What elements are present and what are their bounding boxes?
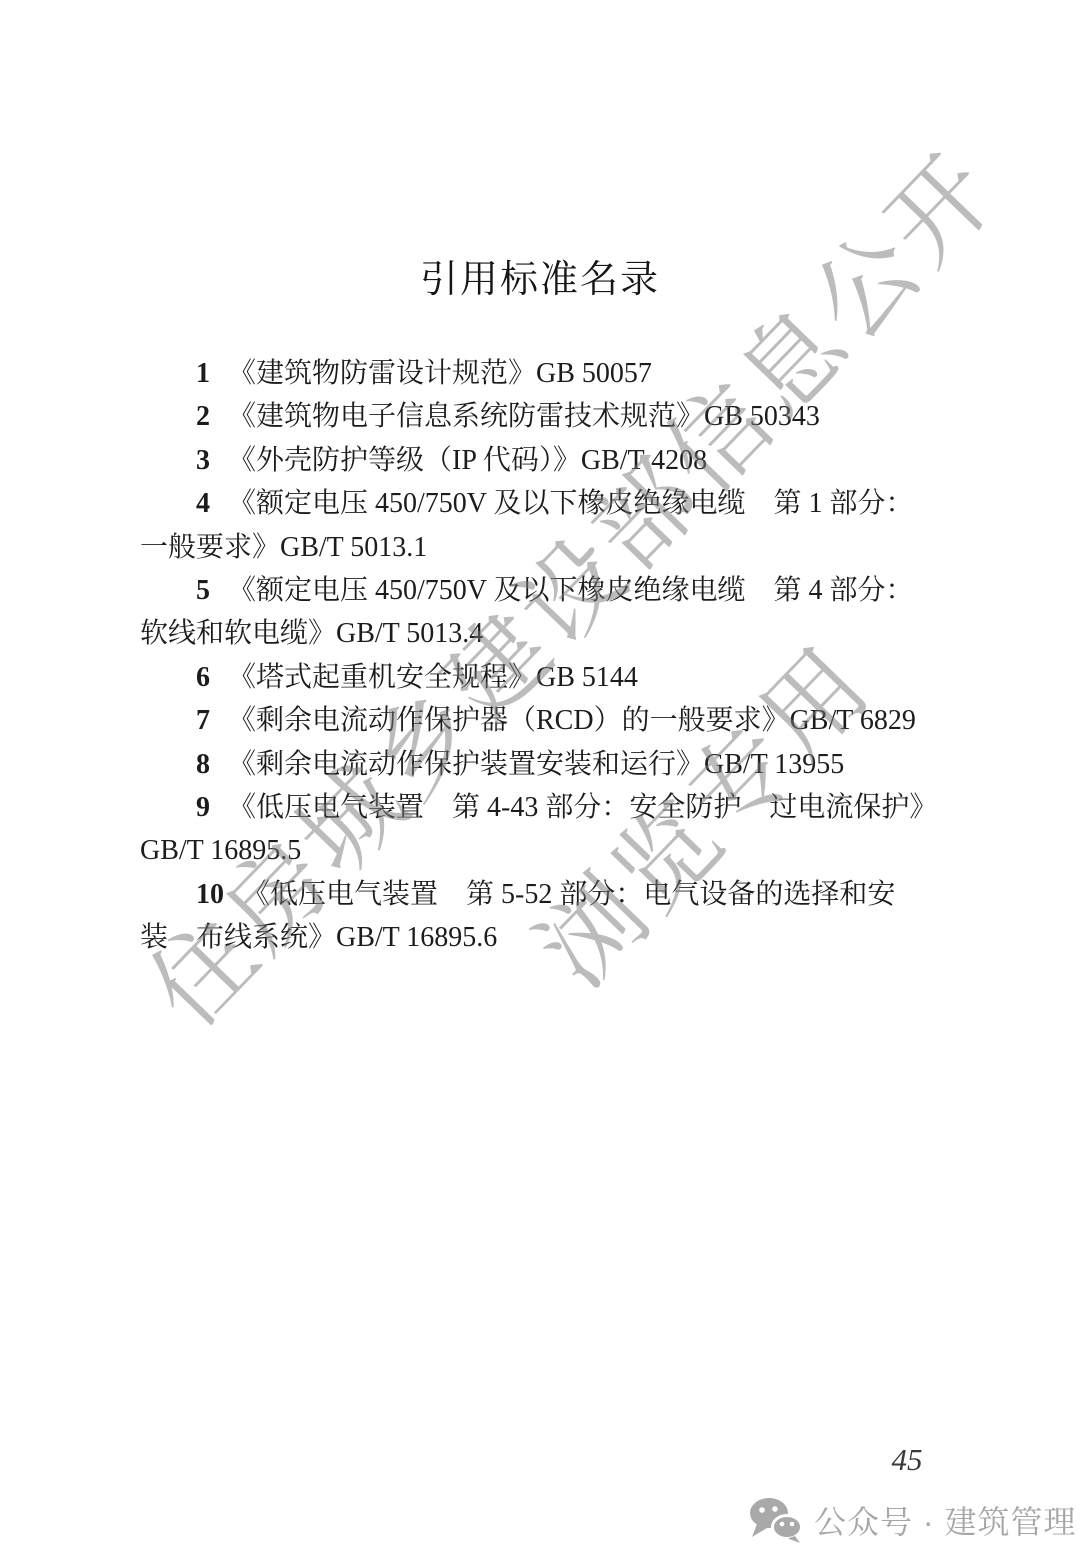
list-item: 4《额定电压 450/750V 及以下橡皮绝缘电缆 第 1 部分：: [140, 482, 950, 525]
item-text: 《低压电气装置 第 5-52 部分：电气设备的选择和安: [242, 879, 895, 910]
item-text: 装 布线系统》GB/T 16895.6: [140, 922, 497, 953]
item-text: 《建筑物电子信息系统防雷技术规范》GB 50343: [228, 401, 820, 432]
item-text: 一般要求》GB/T 5013.1: [140, 532, 427, 563]
wechat-icon: [748, 1496, 804, 1544]
item-text: 《低压电气装置 第 4-43 部分：安全防护 过电流保护》: [228, 792, 937, 823]
item-text: 《塔式起重机安全规程》GB 5144: [228, 662, 638, 693]
list-item-continuation: 软线和软电缆》GB/T 5013.4: [140, 612, 950, 655]
item-text: 《剩余电流动作保护器（RCD）的一般要求》GB/T 6829: [228, 705, 916, 736]
list-item: 1《建筑物防雷设计规范》GB 50057: [140, 352, 950, 395]
page-title: 引用标准名录: [0, 248, 1080, 303]
item-number: 5: [196, 575, 210, 606]
item-number: 3: [196, 445, 210, 476]
item-number: 2: [196, 401, 210, 432]
item-number: 6: [196, 662, 210, 693]
item-number: 4: [196, 488, 210, 519]
page-number: 45: [872, 1442, 942, 1478]
list-item: 2《建筑物电子信息系统防雷技术规范》GB 50343: [140, 395, 950, 438]
item-text: 《剩余电流动作保护装置安装和运行》GB/T 13955: [228, 749, 844, 780]
footer: 公众号 · 建筑管理: [748, 1494, 1076, 1546]
list-item: 10《低压电气装置 第 5-52 部分：电气设备的选择和安: [140, 873, 950, 916]
list-item: 5《额定电压 450/750V 及以下橡皮绝缘电缆 第 4 部分：: [140, 569, 950, 612]
list-item: 6《塔式起重机安全规程》GB 5144: [140, 656, 950, 699]
list-item-continuation: 一般要求》GB/T 5013.1: [140, 526, 950, 569]
list-item-continuation: 装 布线系统》GB/T 16895.6: [140, 916, 950, 959]
item-number: 1: [196, 358, 210, 389]
list-item: 3《外壳防护等级（IP 代码）》GB/T 4208: [140, 439, 950, 482]
list-item: 7《剩余电流动作保护器（RCD）的一般要求》GB/T 6829: [140, 699, 950, 742]
item-number: 7: [196, 705, 210, 736]
item-number: 8: [196, 749, 210, 780]
item-text: GB/T 16895.5: [140, 835, 301, 866]
item-text: 《额定电压 450/750V 及以下橡皮绝缘电缆 第 1 部分：: [228, 488, 914, 519]
item-number: 9: [196, 792, 210, 823]
item-text: 《建筑物防雷设计规范》GB 50057: [228, 358, 652, 389]
footer-wechat-label: 公众号 · 建筑管理: [814, 1497, 1076, 1543]
list-item-continuation: GB/T 16895.5: [140, 829, 950, 872]
document-page: 引用标准名录 1《建筑物防雷设计规范》GB 50057 2《建筑物电子信息系统防…: [0, 0, 1080, 1564]
referenced-standards-list: 1《建筑物防雷设计规范》GB 50057 2《建筑物电子信息系统防雷技术规范》G…: [140, 352, 950, 960]
list-item: 8《剩余电流动作保护装置安装和运行》GB/T 13955: [140, 743, 950, 786]
item-number: 10: [196, 879, 224, 910]
list-item: 9《低压电气装置 第 4-43 部分：安全防护 过电流保护》: [140, 786, 950, 829]
item-text: 《额定电压 450/750V 及以下橡皮绝缘电缆 第 4 部分：: [228, 575, 914, 606]
item-text: 《外壳防护等级（IP 代码）》GB/T 4208: [228, 445, 707, 476]
item-text: 软线和软电缆》GB/T 5013.4: [140, 618, 483, 649]
